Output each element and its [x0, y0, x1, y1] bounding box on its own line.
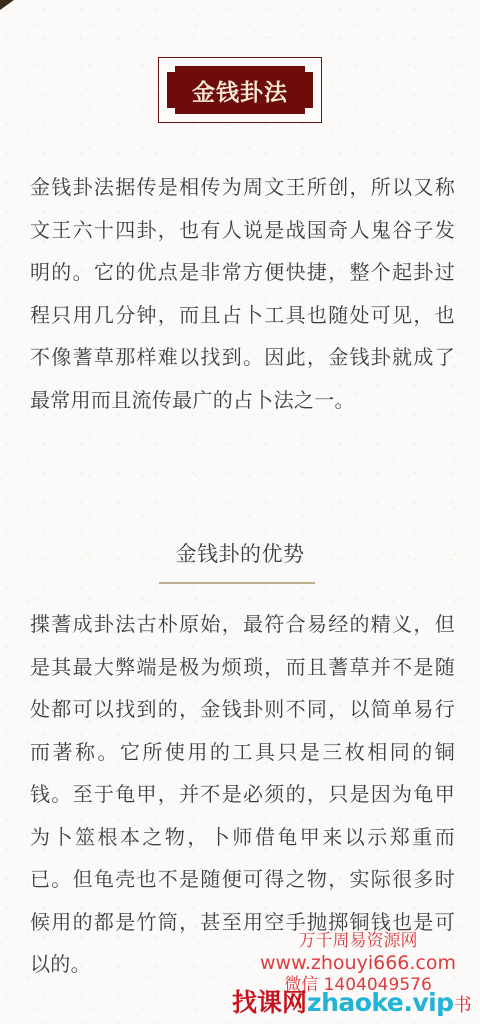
- watermark-block: 万千周易资源网 www.zhouyi666.com 微信 1404049576: [248, 930, 468, 996]
- page-title: 金钱卦法: [192, 74, 288, 107]
- title-plate: 金钱卦法: [175, 66, 305, 114]
- watermark-site-name: 万千周易资源网: [248, 930, 468, 952]
- watermark-site-url: www.zhouyi666.com: [248, 952, 468, 974]
- watermark-overlay-url: zhaoke.vip: [307, 988, 454, 1017]
- watermark-overlay-tail: 书: [454, 995, 472, 1016]
- title-banner: 金钱卦法: [158, 57, 322, 123]
- intro-paragraph: 金钱卦法据传是相传为周文王所创，所以又称文王六十四卦，也有人说是战国奇人鬼谷子发…: [30, 166, 455, 421]
- watermark-overlay: 找课网zhaoke.vip书: [232, 988, 472, 1021]
- section-paragraph: 揲蓍成卦法古朴原始，最符合易经的精义，但是其最大弊端是极为烦琐，而且蓍草并不是随…: [30, 603, 455, 986]
- section-heading: 金钱卦的优势: [0, 538, 480, 568]
- corner-decoration: [0, 0, 14, 10]
- section-heading-underline: [159, 582, 315, 584]
- watermark-overlay-cn: 找课网: [232, 988, 307, 1017]
